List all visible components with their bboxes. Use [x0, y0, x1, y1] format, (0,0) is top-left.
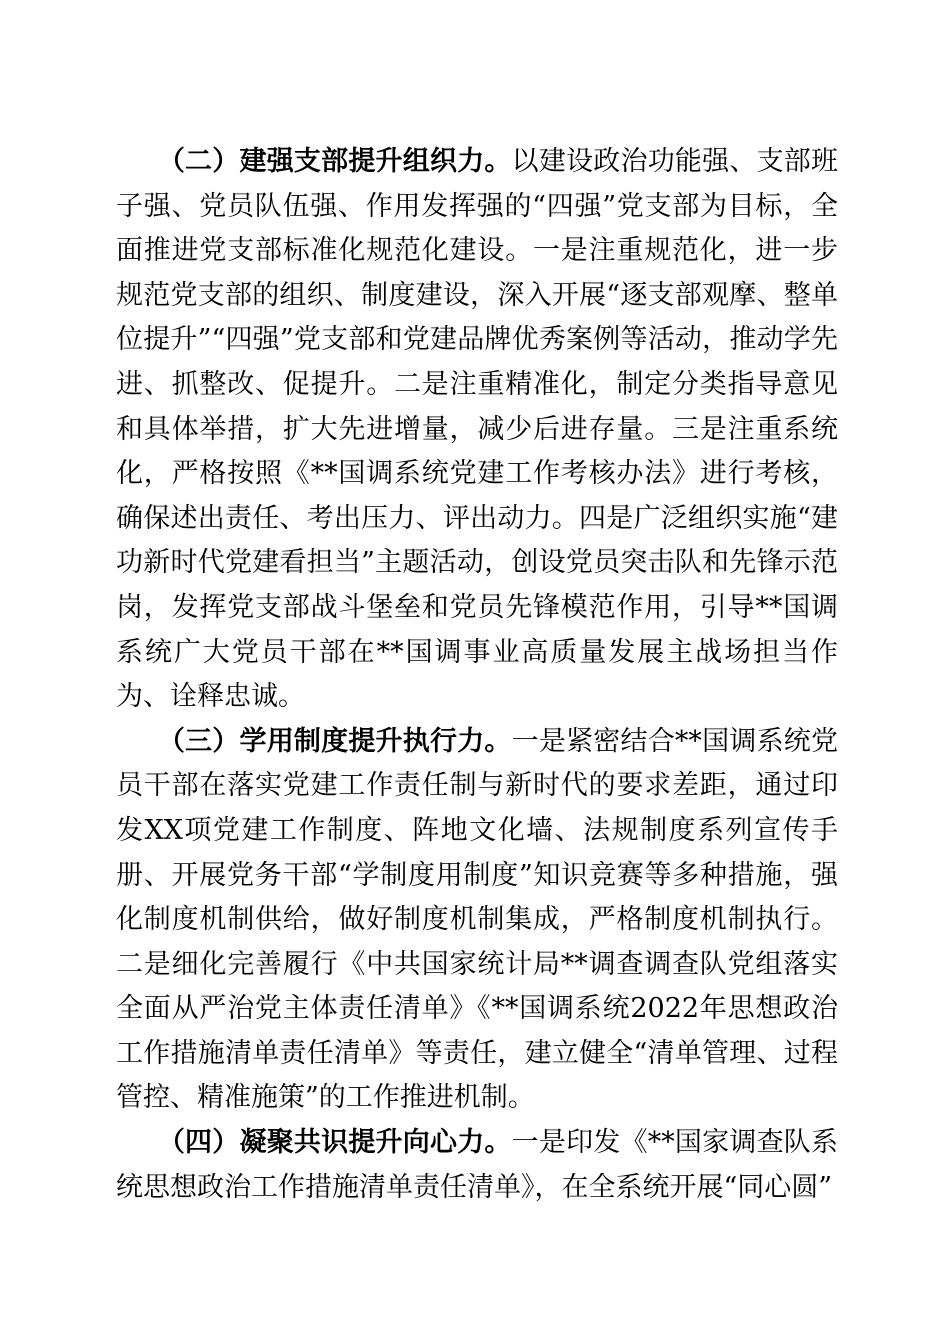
document-page: （二）建强支部提升组织力。以建设政治功能强、支部班子强、党员队伍强、作用发挥强的… [0, 0, 950, 1344]
paragraph-section-4-heading: （四）凝聚共识提升向心力。 [158, 1127, 512, 1158]
paragraph-section-3-body: 一是紧密结合**国调系统党员干部在落实党建工作责任制与新时代的要求差距，通过印发… [116, 726, 838, 1114]
paragraph-section-2: （二）建强支部提升组织力。以建设政治功能强、支部班子强、党员队伍强、作用发挥强的… [116, 140, 838, 720]
paragraph-section-2-body: 以建设政治功能强、支部班子强、党员队伍强、作用发挥强的“四强”党支部为目标，全面… [116, 146, 838, 712]
paragraph-section-4: （四）凝聚共识提升向心力。一是印发《**国家调查队系统思想政治工作措施清单责任清… [116, 1121, 838, 1210]
paragraph-section-3-heading: （三）学用制度提升执行力。 [158, 726, 512, 757]
document-text-block: （二）建强支部提升组织力。以建设政治功能强、支部班子强、党员队伍强、作用发挥强的… [116, 140, 838, 1210]
paragraph-section-2-heading: （二）建强支部提升组织力。 [158, 146, 512, 177]
paragraph-section-3: （三）学用制度提升执行力。一是紧密结合**国调系统党员干部在落实党建工作责任制与… [116, 720, 838, 1121]
